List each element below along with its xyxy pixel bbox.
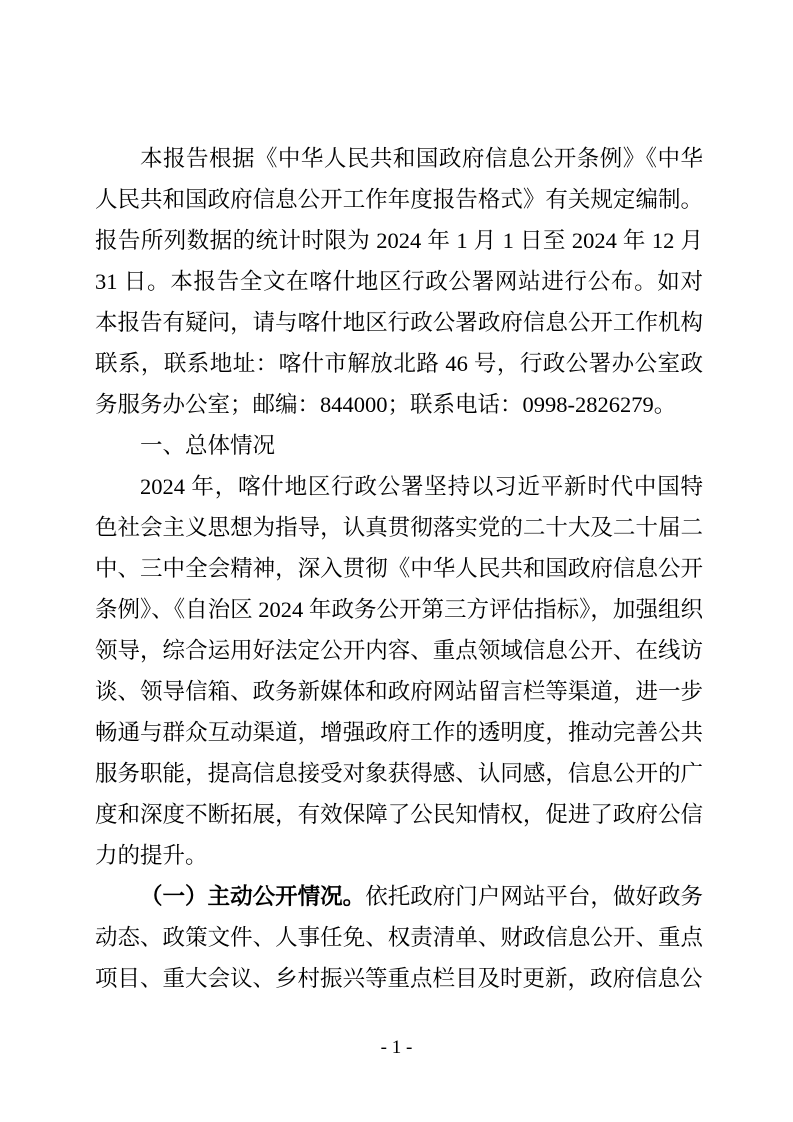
page-number: - 1 - xyxy=(0,1036,793,1060)
proactive-disclosure-lead-bold: （一）主动公开情况。 xyxy=(140,884,365,909)
paragraph-intro: 本报告根据《中华人民共和国政府信息公开条例》《中华人民共和国政府信息公开工作年度… xyxy=(95,138,703,425)
paragraph-proactive-disclosure: （一）主动公开情况。依托政府门户网站平台，做好政务动态、政策文件、人事任免、权责… xyxy=(95,876,703,999)
section-heading-overview: 一、总体情况 xyxy=(95,425,703,466)
document-page: 本报告根据《中华人民共和国政府信息公开条例》《中华人民共和国政府信息公开工作年度… xyxy=(0,0,793,1122)
document-body: 本报告根据《中华人民共和国政府信息公开条例》《中华人民共和国政府信息公开工作年度… xyxy=(95,138,703,999)
paragraph-overview: 2024 年，喀什地区行政公署坚持以习近平新时代中国特色社会主义思想为指导，认真… xyxy=(95,466,703,876)
